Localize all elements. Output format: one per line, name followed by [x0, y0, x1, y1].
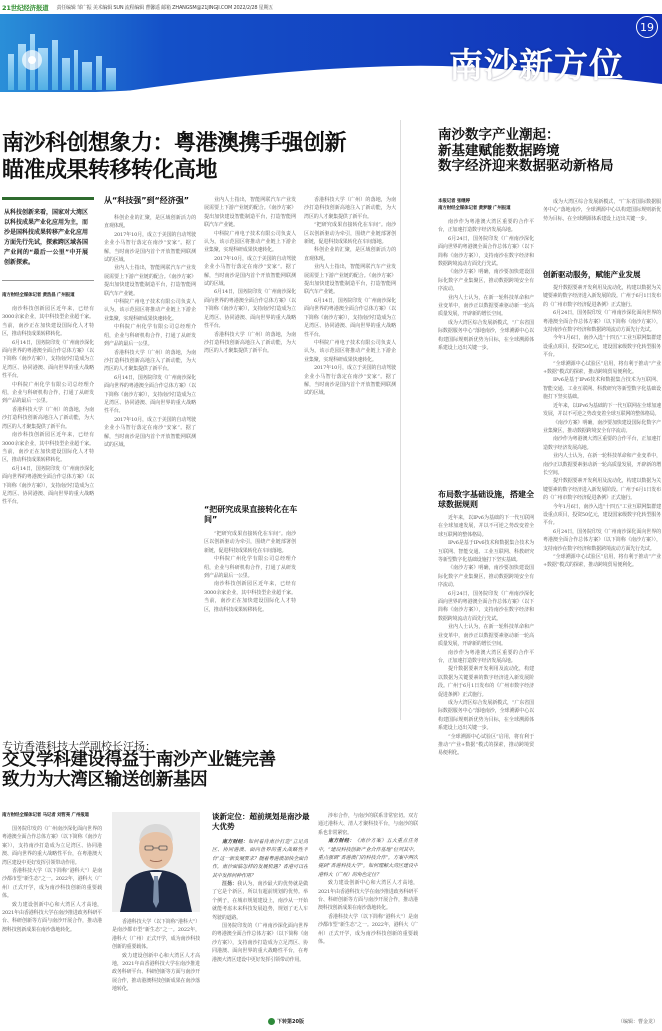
paragraph: 国务院印发的《广州南沙深化面向世界的粤港澳全面合作总体方案》（以下简称《南沙方案…: [212, 922, 308, 964]
paragraph: 6月24日，国务院印发《广州南沙深化面向世界的粤港澳全面合作总体方案》（以下简称…: [543, 528, 661, 553]
article3-headline-line2: 致力为大湾区输送创新基因: [2, 770, 332, 790]
qa-answer: 汪扬：我认为，南沙最大的优势就是做了它是个新区，所以有超前规划的优势。举个例子，…: [212, 880, 308, 922]
article3-byline: 南方财经全媒体记者 马记者 刘哲亮 广州报道: [2, 812, 102, 819]
paragraph: “全球溯源中心试验区”启用，将有利于推动“产业+数据”模式的探索，推动跨境贸易便…: [438, 733, 534, 758]
continue-arrow-icon: [268, 1018, 275, 1025]
paragraph: 致力建设创新中心和大湾区人才高地，2021年由香港科技大学在南沙推进政务科研平台…: [112, 952, 200, 994]
paragraph: 《南沙方案》明确，南沙要加快建设国际化数字产业集聚区，推动数据跨境安全有序流动。: [438, 268, 534, 293]
article2-headline-line2: 新基建赋能数据跨境: [438, 144, 662, 160]
article2-subhead-1: 创新驱动服务，赋能产业发展: [543, 270, 661, 280]
article2-column-1a: 本报记者 张继婷 南方财经全媒体记者 黄梦璇 广州报道 南沙作为粤港澳大湾区重要…: [438, 198, 534, 488]
page-number-badge: 19: [636, 16, 658, 38]
article1-column-3b: “把研究成果直接转化在车间”。南沙区以创新驱动为牵引，围绕产业链部署创新链，促进…: [204, 530, 296, 720]
article3-column-3: 南方财经：如何看待南沙打造“立足湾区、协同港澳、面向世界的重大战略性平台”这一新…: [212, 838, 308, 1016]
paragraph: 近年来，以IPv6为基础的下一代互联网在全球加速发展，并以不可逆之势改变着全球互…: [543, 402, 661, 419]
article1-headline-line1: 南沙科创想象力：粤港澳携手强创新: [2, 130, 382, 157]
lead-divider: [2, 197, 94, 200]
paragraph: 2017年10月，成立于美国的自动驾驶企业小马智行落定在南沙“安家”。据了解，当…: [304, 364, 396, 398]
lead-bottom-divider: [2, 280, 94, 281]
paragraph: 成为大湾区综合发展新模式，“广东省国际数据服务中心”落地南沙，全球溯源中心以构建…: [438, 319, 534, 353]
paragraph: IPv6是基于IPv6技术和数据集合技术为互联网、智能交通、工业互联网、科教研究…: [438, 539, 534, 564]
article2-column-2b: 提升数据要素开发利用及流动化，构建以数据为关键要素的数字经济进入新发展阶段。广州…: [543, 284, 661, 1014]
paragraph: 南沙科技创新园区近年来，已经有3000余家企业，其中科技型企业超千家。当前，南沙…: [204, 580, 296, 614]
article3-column-1: 南方财经全媒体记者 马记者 刘哲亮 广州报道 国务院印发的《广州南沙深化面向世界…: [2, 812, 102, 1027]
article2-byline: 本报记者 张继婷 南方财经全媒体记者 黄梦璇 广州报道: [438, 198, 534, 212]
paragraph: 国务院印发的《广州南沙深化面向世界的粤港澳全面合作总体方案》（以下简称《南沙方案…: [2, 825, 102, 867]
article3-subhead: 谈新定位：超前规划是南沙最大优势: [212, 812, 312, 832]
qa-question: 南方财经：《南沙方案》五大重点任务中，“建设科技创新产业合作基地”位列其中，重点…: [318, 837, 418, 879]
column-divider: [400, 120, 401, 720]
paragraph: 香港科技大学（以下简称“港科大”）是南沙都市型“新生态”之一。2022年，港科大…: [318, 913, 418, 947]
paragraph: 2017年10月，成立于美国的自动驾驶企业小马智行落定在南沙“安家”。据了解，当…: [204, 255, 296, 289]
paragraph: “把研究成果直接转化在车间”。南沙区以创新驱动为牵引，围绕产业链部署创新链，促进…: [204, 530, 296, 555]
qa-speaker: 南方财经：: [222, 839, 248, 845]
continued-label: 下转第20版: [277, 1018, 304, 1025]
paragraph: 2017年10月，成立于美国的自动驾驶企业小马智行落定在南沙“安家”。据了解，当…: [104, 416, 196, 450]
article3-headline: 交叉学科建设得益于南沙产业链完善 致力为大湾区输送创新基因: [2, 750, 332, 790]
paragraph: 涉布合作，与南沙的联系非常密切。双方通过港科大、清人才聚科技平台，与南沙的联系也…: [318, 812, 418, 837]
paragraph: 业内人士认为，在新一轮科技革命和产业变革中，南沙正以数据要素驱动新一轮高质量发展…: [438, 623, 534, 648]
paragraph: 成为大湾区综合发展新模式，“广东省国际数据服务中心”落地南沙，全球溯源中心以构建…: [543, 198, 661, 223]
paragraph: 业内人士认为，在新一轮科技革命和产业变革中，南沙正以数据要素驱动新一轮高质量发展…: [543, 452, 661, 477]
paragraph: 业内人士认为，在新一轮科技革命和产业变革中，南沙正以数据要素驱动新一轮高质量发展…: [438, 294, 534, 319]
article2-column-2a: 成为大湾区综合发展新模式，“广东省国际数据服务中心”落地南沙，全球溯源中心以构建…: [543, 198, 661, 268]
paragraph: 南沙作为粤港澳大湾区重要的合作平台，正加速打造数字经济发展高地。: [543, 435, 661, 452]
article1-column-1: 南方财经全媒体记者 黄浩昌 广州报道 南沙科技创新园区近年来，已经有3000余家…: [2, 292, 94, 722]
paragraph: 6月14日，国务院印发《广州南沙深化面向世界的粤港澳全面合作总体方案》（以下简称…: [2, 339, 94, 381]
paragraph: 提升数据要素开发利用及流动化，构建以数据为关键要素的数字经济进入新发展阶段。广州…: [543, 477, 661, 502]
paragraph: 提升数据要素开发利用及流动化，构建以数据为关键要素的数字经济进入新发展阶段。广州…: [438, 665, 534, 699]
article2-column-1b: 近年来，以IPv6为基础的下一代互联网在全球加速发展，并以不可逆之势改变着全球互…: [438, 514, 534, 1014]
paragraph: 致力建设创新中心和大湾区人才高地，2021年由香港科技大学在南沙推进政务科研平台…: [318, 879, 418, 913]
article2-headline-line3: 数字经济迎来数据驱动新格局: [438, 159, 662, 175]
paragraph: 6月24日，国务院印发《广州南沙深化面向世界的粤港澳全面合作总体方案》（以下简称…: [543, 309, 661, 334]
qa-question: 南方财经：如何看待南沙打造“立足湾区、协同港澳、面向世界的重大战略性平台”这一新…: [212, 838, 308, 880]
paragraph: 南沙作为粤港澳大湾区重要的合作平台，正加速打造数字经济发展高地。: [438, 218, 534, 235]
interviewee-portrait-photo: [112, 812, 200, 912]
paragraph: 香港科技大学（以下简称“港科大”）是南沙都市型“新生态”之一。2022年，港科大…: [112, 918, 200, 952]
paragraph: 科创企业的汇聚，是区域创新活力的直观体现。: [304, 246, 396, 263]
article3-column-4: 涉布合作，与南沙的联系非常密切。双方通过港科大、清人才聚科技平台，与南沙的联系也…: [318, 812, 418, 1012]
paragraph: 南沙作为粤港澳大湾区重要的合作平台，正加速打造数字经济发展高地。: [438, 649, 534, 666]
paragraph: 中科院广州电子技术有限公司负责人认为，该示范园区将推动产业链上下游企业集聚，实现…: [304, 339, 396, 364]
paragraph: 中科院广州化学有限公司总经理介绍，企业与科研机构合作，打通了从研发到产品的最后一…: [104, 323, 196, 348]
paragraph: 致力建设创新中心和大湾区人才高地，2021年由香港科技大学在南沙推进政务科研平台…: [2, 901, 102, 935]
paragraph: 成为大湾区综合发展新模式，“广东省国际数据服务中心”落地南沙，全球溯源中心以构建…: [438, 699, 534, 733]
paragraph: 中科院广州化学有限公司总经理介绍，企业与科研机构合作，打通了从研发到产品的最后一…: [204, 555, 296, 580]
article2-editor-credit: （编辑：曹金龙）: [618, 1018, 658, 1025]
article2-subhead-2: 布局数字基础设施，搭建全球数据规则: [438, 490, 538, 510]
paragraph: 提升数据要素开发利用及流动化，构建以数据为关键要素的数字经济进入新发展阶段。广州…: [543, 284, 661, 309]
article1-column-4: 香港科技大学（广州）的落地，为南沙打造科技创新高地注入了新动能，为大湾区的人才聚…: [304, 196, 396, 720]
paragraph: 今年1月6日，南沙入选“十四五”工业互联网集群建设重点项目，投资50亿元，建设国…: [543, 503, 661, 528]
qa-speaker: 南方财经：: [328, 838, 355, 844]
continued-on-page-link[interactable]: 下转第20版: [268, 1018, 304, 1025]
paragraph: 6月14日，国务院印发《广州南沙深化面向世界的粤港澳全面合作总体方案》（以下简称…: [304, 297, 396, 339]
paragraph: 6月14日，国务院印发《广州南沙深化面向世界的粤港澳全面合作总体方案》（以下简称…: [104, 374, 196, 416]
article1-column-3a: 业内人士指出，智能网联汽车产业发展需要上下游产业链的配合。《南沙方案》提出加快建…: [204, 196, 296, 501]
article1-headline: 南沙科创想象力：粤港澳携手强创新 瞄准成果转移转化高地: [2, 130, 382, 184]
section-title: 南沙新方位: [449, 38, 624, 87]
paragraph: 南沙科技创新园区近年来，已经有3000余家企业，其中科技型企业超千家。当前，南沙…: [2, 431, 94, 465]
paragraph: 香港科技大学（广州）的落地，为南沙打造科技创新高地注入了新动能，为大湾区的人才聚…: [204, 331, 296, 356]
qa-speaker: 汪扬：: [222, 881, 237, 887]
paragraph: 中科院广州化学有限公司总经理介绍，企业与科研机构合作，打通了从研发到产品的最后一…: [2, 381, 94, 406]
article2-byline-line2: 南方财经全媒体记者 黄梦璇 广州报道: [438, 205, 534, 212]
article1-subhead-2: “把研究成果直接转化在车间”: [204, 505, 304, 525]
paragraph: 6月14日，国务院印发《广州南沙深化面向世界的粤港澳全面合作总体方案》（以下简称…: [2, 465, 94, 507]
paragraph: 科创企业的汇聚，是区域创新活力的直观体现。: [104, 214, 196, 231]
paragraph: “全球溯源中心试验区”启用，将有利于推动“产业+数据”模式的探索，推动跨境贸易便…: [543, 553, 661, 570]
article3-column-2: 香港科技大学（以下简称“港科大”）是南沙都市型“新生态”之一。2022年，港科大…: [112, 918, 200, 1028]
paragraph: 业内人士指出，智能网联汽车产业发展需要上下游产业链的配合。《南沙方案》提出加快建…: [104, 264, 196, 298]
paragraph: 香港科技大学（广州）的落地，为南沙打造科技创新高地注入了新动能，为大湾区的人才聚…: [2, 406, 94, 431]
paragraph: IPv6是基于IPv6技术和数据集合技术为互联网、智能交通、工业互联网、科教研究…: [543, 376, 661, 401]
paragraph: “把研究成果直接转化在车间”。南沙区以创新驱动为牵引，围绕产业链部署创新链，促进…: [304, 221, 396, 246]
paragraph: 香港科技大学（广州）的落地，为南沙打造科技创新高地注入了新动能，为大湾区的人才聚…: [104, 349, 196, 374]
article1-lead: 从科技创新来看，国家对大湾区以科技成果产业化应用为主，而沙是国科技成果转移产业化…: [4, 208, 88, 268]
section-banner: 南沙新方位 19: [0, 14, 662, 92]
paragraph: 6月24日，国务院印发《广州南沙深化面向世界的粤港澳全面合作总体方案》（以下简称…: [438, 590, 534, 624]
paragraph: 中科院广州电子技术有限公司负责人认为，该示范园区将推动产业链上下游企业集聚，实现…: [204, 230, 296, 255]
article2-headline: 南沙数字产业潮起： 新基建赋能数据跨境 数字经济迎来数据驱动新格局: [438, 128, 662, 175]
paragraph: 6月14日，国务院印发《广州南沙深化面向世界的粤港澳全面合作总体方案》（以下简称…: [204, 288, 296, 330]
article3-headline-line1: 交叉学科建设得益于南沙产业链完善: [2, 750, 332, 770]
paragraph: 业内人士指出，智能网联汽车产业发展需要上下游产业链的配合。《南沙方案》提出加快建…: [204, 196, 296, 230]
masthead-bar: 21世纪经济报道 责任编辑 邹广振 美术编辑 SUN 流程编辑 曹馨遥 邮箱 Z…: [0, 0, 662, 14]
paragraph: 业内人士指出，智能网联汽车产业发展需要上下游产业链的配合。《南沙方案》提出加快建…: [304, 263, 396, 297]
paragraph: 今年1月6日，南沙入选“十四五”工业互联网集群建设重点项目，投资50亿元，建设国…: [543, 334, 661, 359]
paragraph: 香港科技大学（广州）的落地，为南沙打造科技创新高地注入了新动能，为大湾区的人才聚…: [304, 196, 396, 221]
paragraph: 《南沙方案》明确，南沙要加快建设国际化数字产业集聚区，推动数据跨境安全有序流动。: [543, 419, 661, 436]
newspaper-brand: 21世纪经济报道: [2, 3, 48, 12]
portrait-image: [112, 812, 200, 912]
paragraph: 香港科技大学（以下简称“港科大”）是南沙都市型“新生态”之一。2022年，港科大…: [2, 867, 102, 901]
page-meta: 责任编辑 邹广振 美术编辑 SUN 流程编辑 曹馨遥 邮箱 ZHANGSM@21…: [56, 4, 273, 11]
paragraph: 南沙科技创新园区近年来，已经有3000余家企业，其中科技型企业超千家。当前，南沙…: [2, 305, 94, 339]
article1-headline-line2: 瞄准成果转移转化高地: [2, 157, 382, 184]
paragraph: 2017年10月，成立于美国的自动驾驶企业小马智行落定在南沙“安家”。据了解，当…: [104, 231, 196, 265]
paragraph: “全球溯源中心试验区”启用，将有利于推动“产业+数据”模式的探索，推动跨境贸易便…: [543, 360, 661, 377]
paragraph: 6月24日，国务院印发《广州南沙深化面向世界的粤港澳全面合作总体方案》（以下简称…: [438, 235, 534, 269]
paragraph: 近年来，以IPv6为基础的下一代互联网在全球加速发展，并以不可逆之势改变着全球互…: [438, 514, 534, 539]
article2-byline-line1: 本报记者 张继婷: [438, 198, 534, 205]
paragraph: 《南沙方案》明确，南沙要加快建设国际化数字产业集聚区，推动数据跨境安全有序流动。: [438, 564, 534, 589]
article1-byline: 南方财经全媒体记者 黄浩昌 广州报道: [2, 292, 94, 299]
article1-subhead-1: 从“科技强”到“经济强”: [104, 196, 189, 206]
article2-headline-line1: 南沙数字产业潮起：: [438, 128, 662, 144]
article1-column-2: 科创企业的汇聚，是区域创新活力的直观体现。 2017年10月，成立于美国的自动驾…: [104, 214, 196, 719]
paragraph: 中科院广州电子技术有限公司负责人认为，该示范园区将推动产业链上下游企业集聚，实现…: [104, 298, 196, 323]
